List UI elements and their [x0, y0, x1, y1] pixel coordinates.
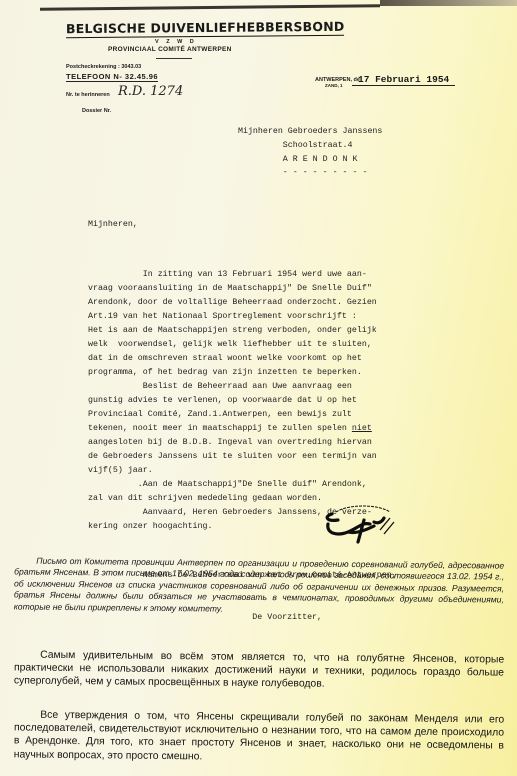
letter-line: vijf(5) jaar.: [88, 464, 397, 478]
letter-line: Art.19 van het Nationaal Sportreglement …: [88, 310, 397, 324]
letter-line: Provinciaal Comité, Zand.1.Antwerpen, ee…: [88, 408, 397, 422]
postcheck-account: Postcheckrekening : 3043.03: [66, 64, 141, 70]
paragraph-1: Самым удивительным во всём этом является…: [14, 648, 504, 693]
letter-line: vraag vooraansluiting in de Maatschappij…: [88, 282, 397, 296]
letter-line: Arendonk, door de voltallige Beheerraad …: [88, 296, 397, 310]
letter-line: aangesloten bij de B.D.B. Ingeval van ov…: [88, 436, 397, 450]
signature-icon: [318, 500, 398, 555]
recipient-rule: - - - - - - - - -: [238, 166, 382, 180]
body-lines: In zitting van 13 Februari 1954 werd uwe…: [88, 268, 397, 534]
greeting: Mijnheren,: [88, 218, 397, 232]
letter-line: welk voorwendsel, gelijk welk liefhebber…: [88, 338, 397, 352]
org-legal-form: V Z W D: [155, 39, 197, 45]
letter-line: .Aan de Maatschappij"De Snelle duif" Are…: [88, 478, 397, 492]
reference-number: R.D. 1274: [118, 84, 183, 99]
paragraph-2: Все утверждения о том, что Янсены скрещи…: [14, 708, 505, 766]
recipient-town: A R E N D O N K: [238, 153, 382, 167]
emphasized-word: niet: [352, 424, 372, 433]
recipient-name: Mijnheren Gebroeders Janssens: [238, 125, 382, 139]
letter-line: In zitting van 13 Februari 1954 werd uwe…: [88, 268, 397, 282]
letter-line: dat in de omschreven straal woont welke …: [88, 352, 397, 366]
letter-date: 17 Februari 1954: [352, 74, 455, 86]
divider: [156, 58, 192, 59]
figure-caption: Письмо от Комитета провинции Антверпен п…: [14, 555, 505, 617]
recipient-street: Schoolstraat.4: [238, 139, 382, 153]
telephone: TELEFOON N- 32.45.96: [66, 72, 158, 82]
letter-line: tekenen, nooit meer in maatschappij te z…: [88, 422, 397, 436]
recipient-address: Mijnheren Gebroeders Janssens Schoolstra…: [238, 125, 382, 180]
letter-line: gunstig advies te verlenen, op voorwaard…: [88, 394, 397, 408]
letter-line: Het is aan de Maatschappijen streng verb…: [88, 324, 397, 338]
letter-line: Beslist de Beheerraad aan Uwe aanvraag e…: [88, 380, 397, 394]
org-name: BELGISCHE DUIVENLIEFHEBBERSBOND: [66, 19, 345, 38]
committee-name: PROVINCIAAL COMITÉ ANTWERPEN: [108, 46, 232, 53]
letter-line: programma, of het bedrag van zijn inzett…: [88, 366, 397, 380]
letter-line: de Gebroeders Janssens uit te sluiten vo…: [88, 450, 397, 464]
reference-label: Nr. te herinneren: [66, 92, 110, 98]
letter-document: BELGISCHE DUIVENLIEFHEBBERSBOND V Z W D …: [0, 0, 517, 555]
dossier-label: Dossier Nr.: [82, 108, 111, 114]
